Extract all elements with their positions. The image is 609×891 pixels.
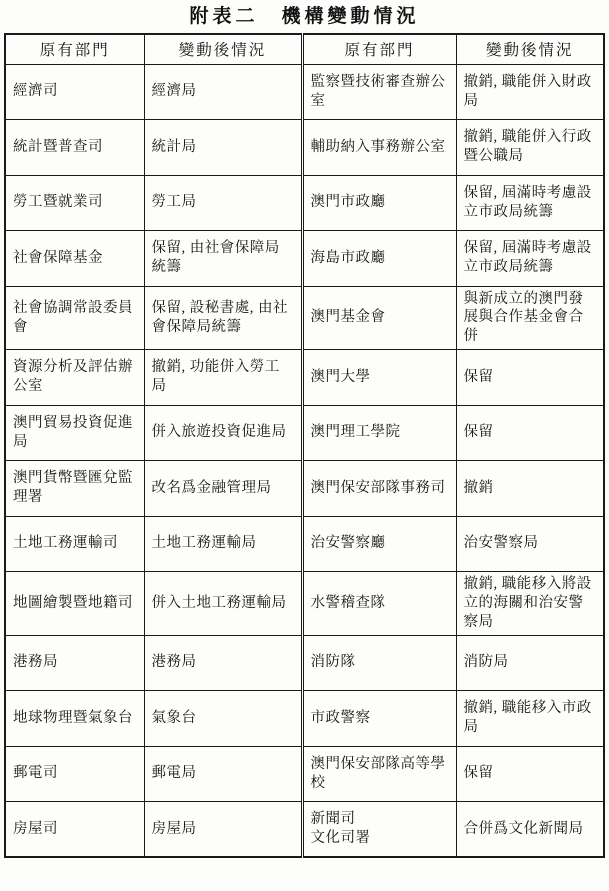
table-cell: 保留, 屆滿時考慮設立市政局統籌 [456,175,604,231]
table-cell: 澳門理工學院 [302,405,456,461]
table-row: 土地工務運輸司土地工務運輸局治安警察廳治安警察局 [5,516,604,572]
header-row: 原有部門 變動後情況 原有部門 變動後情況 [5,34,604,64]
table-cell: 統計暨普查司 [5,120,144,176]
table-row: 港務局港務局消防隊消防局 [5,635,604,691]
table-body: 經濟司經濟局監察暨技術審查辦公室撤銷, 職能併入財政局統計暨普查司統計局輔助納入… [5,64,604,857]
table-cell: 撤銷, 職能併入財政局 [456,64,604,120]
table-cell: 澳門基金會 [302,286,456,350]
table-row: 澳門貨幣暨匯兌監理署改名爲金融管理局澳門保安部隊事務司撤銷 [5,461,604,517]
table-cell: 輔助納入事務辦公室 [302,120,456,176]
table-row: 統計暨普查司統計局輔助納入事務辦公室撤銷, 職能併入行政暨公職局 [5,120,604,176]
table-row: 澳門貿易投資促進局併入旅遊投資促進局澳門理工學院保留 [5,405,604,461]
table-row: 地圖繪製暨地籍司併入土地工務運輸局水警稽查隊撤銷, 職能移入將設立的海關和治安警… [5,572,604,636]
table-cell: 澳門市政廳 [302,175,456,231]
column-header-after-change-right: 變動後情況 [456,34,604,64]
table-row: 資源分析及評估辦公室撤銷, 功能併入勞工局澳門大學保留 [5,350,604,406]
table-cell: 消防隊 [302,635,456,691]
table-header: 原有部門 變動後情況 原有部門 變動後情況 [5,34,604,64]
table-cell: 地球物理暨氣象台 [5,691,144,747]
table-cell: 保留, 屆滿時考慮設立市政局統籌 [456,231,604,287]
table-cell: 澳門保安部隊事務司 [302,461,456,517]
table-cell: 社會協調常設委員會 [5,286,144,350]
table-cell: 經濟司 [5,64,144,120]
table-cell: 房屋司 [5,802,144,858]
table-cell: 郵電司 [5,746,144,802]
table-cell: 郵電局 [144,746,302,802]
table-cell: 水警稽查隊 [302,572,456,636]
table-cell: 保留 [456,746,604,802]
table-cell: 消防局 [456,635,604,691]
table-cell: 勞工局 [144,175,302,231]
table-cell: 撤銷, 功能併入勞工局 [144,350,302,406]
table-cell: 氣象台 [144,691,302,747]
table-row: 經濟司經濟局監察暨技術審查辦公室撤銷, 職能併入財政局 [5,64,604,120]
table-cell: 經濟局 [144,64,302,120]
table-cell: 資源分析及評估辦公室 [5,350,144,406]
table-cell: 海島市政廳 [302,231,456,287]
table-row: 房屋司房屋局新聞司 文化司署合併爲文化新聞局 [5,802,604,858]
column-header-original-dept-left: 原有部門 [5,34,144,64]
table-cell: 合併爲文化新聞局 [456,802,604,858]
table-cell: 保留 [456,405,604,461]
table-cell: 澳門大學 [302,350,456,406]
table-cell: 地圖繪製暨地籍司 [5,572,144,636]
table-cell: 保留 [456,350,604,406]
table-cell: 市政警察 [302,691,456,747]
table-cell: 與新成立的澳門發展與合作基金會合併 [456,286,604,350]
column-header-original-dept-right: 原有部門 [302,34,456,64]
table-cell: 撤銷 [456,461,604,517]
table-cell: 澳門貨幣暨匯兌監理署 [5,461,144,517]
table-cell: 土地工務運輸局 [144,516,302,572]
table-cell: 勞工暨就業司 [5,175,144,231]
table-cell: 併入土地工務運輸局 [144,572,302,636]
table-cell: 撤銷, 職能併入行政暨公職局 [456,120,604,176]
table-row: 地球物理暨氣象台氣象台市政警察撤銷, 職能移入市政局 [5,691,604,747]
table-row: 社會保障基金保留, 由社會保障局統籌海島市政廳保留, 屆滿時考慮設立市政局統籌 [5,231,604,287]
table-cell: 新聞司 文化司署 [302,802,456,858]
table-cell: 治安警察廳 [302,516,456,572]
document-page: 附表二 機構變動情況 原有部門 變動後情況 原有部門 變動後情況 經濟司經濟局監… [0,0,609,891]
table-cell: 撤銷, 職能移入市政局 [456,691,604,747]
table-cell: 撤銷, 職能移入將設立的海關和治安警察局 [456,572,604,636]
table-row: 勞工暨就業司勞工局澳門市政廳保留, 屆滿時考慮設立市政局統籌 [5,175,604,231]
table-cell: 房屋局 [144,802,302,858]
column-header-after-change-left: 變動後情況 [144,34,302,64]
table-row: 郵電司郵電局澳門保安部隊高等學校保留 [5,746,604,802]
table-cell: 保留, 設秘書處, 由社會保障局統籌 [144,286,302,350]
table-cell: 併入旅遊投資促進局 [144,405,302,461]
table-cell: 監察暨技術審查辦公室 [302,64,456,120]
table-cell: 保留, 由社會保障局統籌 [144,231,302,287]
table-cell: 改名爲金融管理局 [144,461,302,517]
table-cell: 港務局 [144,635,302,691]
table-cell: 治安警察局 [456,516,604,572]
table-cell: 統計局 [144,120,302,176]
table-cell: 土地工務運輸司 [5,516,144,572]
table-cell: 澳門貿易投資促進局 [5,405,144,461]
table-row: 社會協調常設委員會保留, 設秘書處, 由社會保障局統籌澳門基金會與新成立的澳門發… [5,286,604,350]
table-cell: 港務局 [5,635,144,691]
organization-change-table: 原有部門 變動後情況 原有部門 變動後情況 經濟司經濟局監察暨技術審查辦公室撤銷… [4,33,605,858]
table-cell: 社會保障基金 [5,231,144,287]
page-title: 附表二 機構變動情況 [0,0,609,31]
table-cell: 澳門保安部隊高等學校 [302,746,456,802]
